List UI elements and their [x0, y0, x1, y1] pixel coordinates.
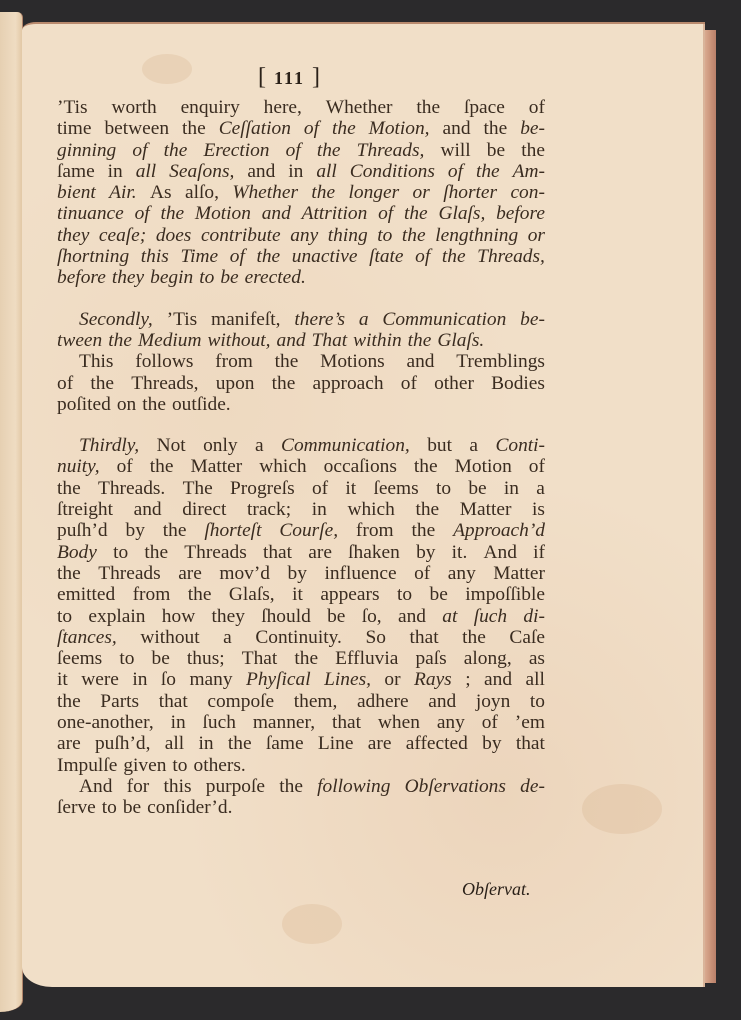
word: manifeſt,	[211, 309, 280, 330]
text-line: theyceaſe;doescontributeanythingtothelen…	[57, 225, 545, 246]
word: the	[414, 456, 438, 477]
text-line: ginningoftheErectionoftheThreads,willbet…	[57, 140, 545, 161]
word: the	[57, 563, 81, 584]
word: ſtreight	[57, 499, 113, 520]
word: of	[448, 161, 463, 182]
catchword: Obſervat.	[462, 879, 530, 900]
word: of	[57, 373, 73, 394]
word: ’Tis	[57, 97, 88, 118]
text-line: beforetheybegintobeerected.	[57, 267, 545, 288]
word: Seaſons,	[169, 161, 234, 182]
word: Threads,	[357, 140, 425, 161]
word: Not	[157, 435, 186, 456]
word: the	[144, 542, 168, 563]
word: of	[286, 140, 301, 161]
word: and	[134, 499, 162, 520]
word: Erection	[203, 140, 269, 161]
word: will	[441, 140, 471, 161]
word: others.	[194, 755, 246, 776]
text-line: tweentheMediumwithout,andThatwithintheGl…	[57, 330, 545, 351]
word: ſhortning	[57, 246, 129, 267]
word: Attrition	[302, 203, 368, 224]
word: Threads	[98, 563, 160, 584]
word: along,	[464, 648, 512, 669]
word: before	[496, 203, 545, 224]
word: the	[416, 97, 440, 118]
word: that	[516, 733, 545, 754]
word: the	[412, 520, 436, 541]
word: one-another,	[57, 712, 154, 733]
bracket-close: ]	[312, 64, 321, 90]
word: Glaſs.	[437, 330, 484, 351]
word: Ceſſation	[219, 118, 291, 139]
text-line: BodytotheThreadsthatareſhakenbyit.Andif	[57, 542, 545, 563]
word: the	[57, 691, 81, 712]
word: Glaſs,	[229, 584, 275, 605]
word: Threads	[184, 542, 246, 563]
word: a	[223, 627, 232, 648]
word: to	[113, 542, 128, 563]
word: of	[415, 246, 430, 267]
text-line: ſameinallSeaſons,andinallConditionsofthe…	[57, 161, 545, 182]
word: and	[428, 691, 456, 712]
word: of	[132, 140, 147, 161]
word: Whether	[326, 97, 393, 118]
text-line: ſtreightanddirecttrack;inwhichtheMatteri…	[57, 499, 545, 520]
word: or	[413, 182, 430, 203]
text-line: thePartsthatcompoſethem,adhereandjoynto	[57, 691, 545, 712]
word: tinuance	[57, 203, 124, 224]
word: unactive	[292, 246, 358, 267]
word: Motions	[320, 351, 385, 372]
word: to	[377, 225, 392, 246]
page-fore-edge	[705, 30, 716, 983]
word: joyn	[476, 691, 510, 712]
word: ’Tis	[167, 309, 198, 330]
word: the	[90, 373, 114, 394]
word: appears	[320, 584, 379, 605]
word: Glaſs,	[438, 203, 485, 224]
text-line: ’Tisworthenquiryhere,Whethertheſpaceof	[57, 97, 545, 118]
paper-stain	[142, 54, 192, 84]
word: if	[533, 542, 545, 563]
word: from	[133, 584, 171, 605]
word: a	[255, 435, 264, 456]
word: influence	[324, 563, 396, 584]
word: lengthning	[435, 225, 518, 246]
word: Effluvia	[335, 648, 398, 669]
word: they	[212, 606, 245, 627]
word: which	[259, 456, 306, 477]
word: Whether	[232, 182, 298, 203]
word: be	[430, 584, 448, 605]
word: of	[529, 97, 545, 118]
page-number-header: [ 111 ]	[258, 64, 321, 91]
word: but	[427, 435, 452, 456]
word: only	[203, 435, 237, 456]
word: in	[198, 733, 213, 754]
word: ſuch	[474, 606, 507, 627]
word: the	[476, 161, 500, 182]
word: all	[165, 733, 184, 754]
word: Motion	[455, 456, 512, 477]
word: there’s	[294, 309, 345, 330]
word: be-	[520, 309, 545, 330]
word: how	[162, 606, 195, 627]
word: thing	[328, 225, 368, 246]
word: Conti-	[495, 435, 545, 456]
word: within	[353, 330, 402, 351]
word: other	[434, 373, 474, 394]
word: be	[468, 478, 486, 499]
text-line: ſeemstobethus;ThattheEffluviapaſsalong,a…	[57, 648, 545, 669]
word: Line	[318, 733, 354, 754]
word: alſo,	[185, 182, 219, 203]
word: ſame	[266, 733, 304, 754]
text-line: theThreadsaremov’dbyinfluenceofanyMatter	[57, 563, 545, 584]
text-line: oftheThreads,upontheapproachofotherBodie…	[57, 373, 545, 394]
word: it.	[452, 542, 468, 563]
word: Threads,	[477, 246, 545, 267]
word: without,	[207, 330, 270, 351]
word: Medium	[138, 330, 202, 351]
word: Matter	[191, 456, 243, 477]
word: approach	[313, 373, 384, 394]
word: that	[410, 627, 439, 648]
word: This	[79, 351, 113, 372]
word: upon	[216, 373, 255, 394]
word: track;	[247, 499, 291, 520]
word: the	[442, 246, 466, 267]
word: Threads.	[98, 478, 165, 499]
word: adhere	[357, 691, 409, 712]
word: be	[487, 140, 505, 161]
word: be	[327, 606, 345, 627]
word: the	[150, 456, 174, 477]
word: of	[401, 373, 417, 394]
word: Air.	[109, 182, 136, 203]
word: manner,	[253, 712, 315, 733]
text-line: AndforthispurpoſethefollowingObſervation…	[57, 776, 545, 797]
paragraph-gap	[57, 415, 545, 435]
word: in	[132, 669, 147, 690]
word: The	[183, 478, 213, 499]
word: the	[228, 733, 252, 754]
word: are	[308, 542, 332, 563]
word: Matter	[460, 499, 512, 520]
word: the	[188, 584, 212, 605]
word: Conditions	[350, 161, 435, 182]
word: by	[416, 542, 435, 563]
word: ſtate	[369, 246, 403, 267]
word: for	[127, 776, 150, 797]
text-line: one-another,inſuchmanner,thatwhenanyof’e…	[57, 712, 545, 733]
word: by	[126, 520, 145, 541]
word: Parts	[100, 691, 139, 712]
word: enquiry	[181, 97, 240, 118]
word: Motion,	[369, 118, 430, 139]
word: they	[112, 267, 144, 288]
word: in	[108, 161, 123, 182]
word: Approach’d	[453, 520, 545, 541]
word: ſeems	[57, 648, 102, 669]
word: and	[484, 669, 512, 690]
word: That	[242, 648, 278, 669]
word: ceaſe;	[99, 225, 146, 246]
word: So	[365, 627, 385, 648]
word: it	[57, 669, 68, 690]
word: to	[530, 691, 545, 712]
word: a	[469, 435, 478, 456]
word: in	[504, 478, 519, 499]
word: that	[332, 712, 361, 733]
word: when	[378, 712, 420, 733]
text-line: puſh’dbytheſhorteſtCourſe,fromtheApproac…	[57, 520, 545, 541]
word: a	[359, 309, 369, 330]
text-line: Secondly,’Tismanifeſt,there’saCommunicat…	[57, 309, 545, 330]
text-line: ſtances,withoutaContinuity.SothattheCaſe	[57, 627, 545, 648]
text-line: bientAir.Asalſo,Whetherthelongerorſhorte…	[57, 182, 545, 203]
word: outſide.	[172, 394, 231, 415]
word: Secondly,	[79, 309, 153, 330]
word: Motion	[195, 203, 251, 224]
word: poſited	[57, 394, 111, 415]
facing-page-edge	[0, 12, 23, 1012]
page-number: 111	[274, 68, 305, 88]
bracket-open: [	[258, 64, 267, 90]
word: the	[402, 225, 426, 246]
word: following	[317, 776, 390, 797]
word: ſerve	[57, 797, 96, 818]
text-line: Impulſegiventoothers.	[57, 755, 545, 776]
word: time	[57, 118, 91, 139]
word: As	[150, 182, 172, 203]
word: of	[312, 478, 328, 499]
word: the	[311, 182, 335, 203]
text-line: poſitedontheoutſide.	[57, 394, 545, 415]
word: tween	[57, 330, 102, 351]
word: of	[378, 203, 393, 224]
paper-stain	[582, 784, 662, 834]
word: the	[164, 140, 188, 161]
word: ſuch	[203, 712, 236, 733]
body-text: ’Tisworthenquiryhere,Whethertheſpaceofti…	[57, 97, 545, 819]
word: to	[119, 648, 134, 669]
text-line: Thirdly,NotonlyaCommunication,butaConti-	[57, 435, 545, 456]
word: the	[408, 330, 432, 351]
word: paſs	[415, 648, 446, 669]
word: the	[163, 520, 187, 541]
word: Communication,	[281, 435, 410, 456]
word: in	[171, 712, 186, 733]
word: Progreſs	[230, 478, 295, 499]
word: ;	[465, 669, 470, 690]
word: ſhould	[261, 606, 311, 627]
word: Phyſical	[246, 669, 311, 690]
word: by	[288, 563, 307, 584]
word: Continuity.	[255, 627, 342, 648]
word: thus;	[187, 648, 225, 669]
word: affected	[406, 733, 468, 754]
word: in	[312, 499, 327, 520]
word: follows	[135, 351, 193, 372]
text-line: ſhortningthisTimeoftheunactiveſtateofthe…	[57, 246, 545, 267]
word: ſpace	[464, 97, 505, 118]
word: Lines,	[324, 669, 371, 690]
word: mov’d	[219, 563, 270, 584]
word: to	[199, 267, 214, 288]
word: Tremblings	[456, 351, 545, 372]
word: and	[406, 351, 434, 372]
word: of	[304, 118, 319, 139]
word: and	[262, 203, 291, 224]
word: ſhorter	[443, 182, 497, 203]
word: any	[290, 225, 318, 246]
text-line: nuity,oftheMatterwhichoccaſionstheMotion…	[57, 456, 545, 477]
word: be	[152, 648, 170, 669]
word: it	[345, 478, 356, 499]
word: this	[164, 776, 192, 797]
word: that	[159, 691, 188, 712]
text-line: itwereinſomanyPhyſicalLines,orRays;andal…	[57, 669, 545, 690]
word: of	[135, 203, 150, 224]
word: Communication	[382, 309, 506, 330]
word: on	[117, 394, 136, 415]
word: worth	[111, 97, 156, 118]
word: Time	[180, 246, 218, 267]
text-line: toexplainhowtheyſhouldbeſo,andatſuchdi-	[57, 606, 545, 627]
word: ginning	[57, 140, 116, 161]
word: ſtances,	[57, 627, 117, 648]
word: of	[482, 712, 498, 733]
word: a	[536, 478, 545, 499]
word: impoſſible	[465, 584, 545, 605]
word: the	[521, 140, 545, 161]
word: con-	[510, 182, 544, 203]
word: the	[256, 246, 280, 267]
word: the	[279, 776, 303, 797]
word: of	[529, 456, 545, 477]
word: the	[275, 351, 299, 372]
word: to	[397, 584, 412, 605]
text-line: arepuſh’d,allintheſameLineareaffectedbyt…	[57, 733, 545, 754]
word: di-	[523, 606, 545, 627]
word: they	[57, 225, 89, 246]
word: Bodies	[491, 373, 545, 394]
word: of	[117, 456, 133, 477]
word: contribute	[201, 225, 281, 246]
word: were	[81, 669, 119, 690]
word: any	[448, 563, 476, 584]
word: and	[247, 161, 275, 182]
text-line: theThreads.TheProgreſsofitſeemstobeina	[57, 478, 545, 499]
word: the	[415, 499, 439, 520]
word: the	[108, 330, 132, 351]
word: be	[220, 267, 238, 288]
word: and	[443, 118, 471, 139]
word: as	[529, 648, 545, 669]
word: ſame	[57, 161, 95, 182]
word: all	[525, 669, 544, 690]
word: it	[292, 584, 303, 605]
word: the	[57, 478, 81, 499]
word: does	[156, 225, 192, 246]
word: Obſervations	[405, 776, 506, 797]
word: the	[404, 203, 428, 224]
word: of	[230, 246, 245, 267]
word: ’em	[515, 712, 545, 733]
text-line: tinuanceoftheMotionandAttritionoftheGlaſ…	[57, 203, 545, 224]
text-line: timebetweentheCeſſationoftheMotion,andth…	[57, 118, 545, 139]
word: Courſe,	[279, 520, 338, 541]
word: Impulſe	[57, 755, 117, 776]
word: to	[436, 478, 451, 499]
word: That	[312, 330, 348, 351]
word: Am-	[513, 161, 545, 182]
word: be-	[520, 118, 545, 139]
word: the	[462, 627, 486, 648]
word: Matter	[493, 563, 545, 584]
word: the	[182, 118, 206, 139]
word: all	[136, 161, 156, 182]
word: are	[368, 733, 392, 754]
word: or	[528, 225, 545, 246]
word: all	[316, 161, 336, 182]
word: ſo	[161, 669, 176, 690]
word: nuity,	[57, 456, 100, 477]
word: conſider’d.	[147, 797, 232, 818]
word: any	[437, 712, 465, 733]
word: here,	[264, 97, 302, 118]
word: direct	[182, 499, 226, 520]
word: And	[484, 542, 517, 563]
word: at	[442, 606, 457, 627]
word: be	[123, 797, 141, 818]
word: without	[140, 627, 199, 648]
word: puſh’d	[57, 520, 108, 541]
word: the	[272, 373, 296, 394]
word: in	[288, 161, 303, 182]
word: between	[104, 118, 169, 139]
word: this	[141, 246, 169, 267]
text-line: ſervetobeconſider’d.	[57, 797, 545, 818]
word: purpoſe	[206, 776, 265, 797]
paragraph-gap	[57, 289, 545, 309]
word: by	[482, 733, 501, 754]
word: de-	[520, 776, 545, 797]
word: Caſe	[509, 627, 545, 648]
word: of	[414, 563, 430, 584]
word: and	[277, 330, 306, 351]
word: compoſe	[207, 691, 274, 712]
word: the	[142, 394, 166, 415]
word: to	[172, 755, 187, 776]
word: to	[57, 606, 72, 627]
text-line: ThisfollowsfromtheMotionsandTremblings	[57, 351, 545, 372]
word: before	[57, 267, 106, 288]
word: Thirdly,	[79, 435, 139, 456]
word: the	[294, 648, 318, 669]
word: the	[484, 118, 508, 139]
word: from	[356, 520, 394, 541]
word: puſh’d,	[95, 733, 150, 754]
word: longer	[349, 182, 400, 203]
word: erected.	[245, 267, 306, 288]
paper-stain	[282, 904, 342, 944]
word: many	[189, 669, 232, 690]
word: Rays	[414, 669, 452, 690]
word: ſeems	[373, 478, 418, 499]
